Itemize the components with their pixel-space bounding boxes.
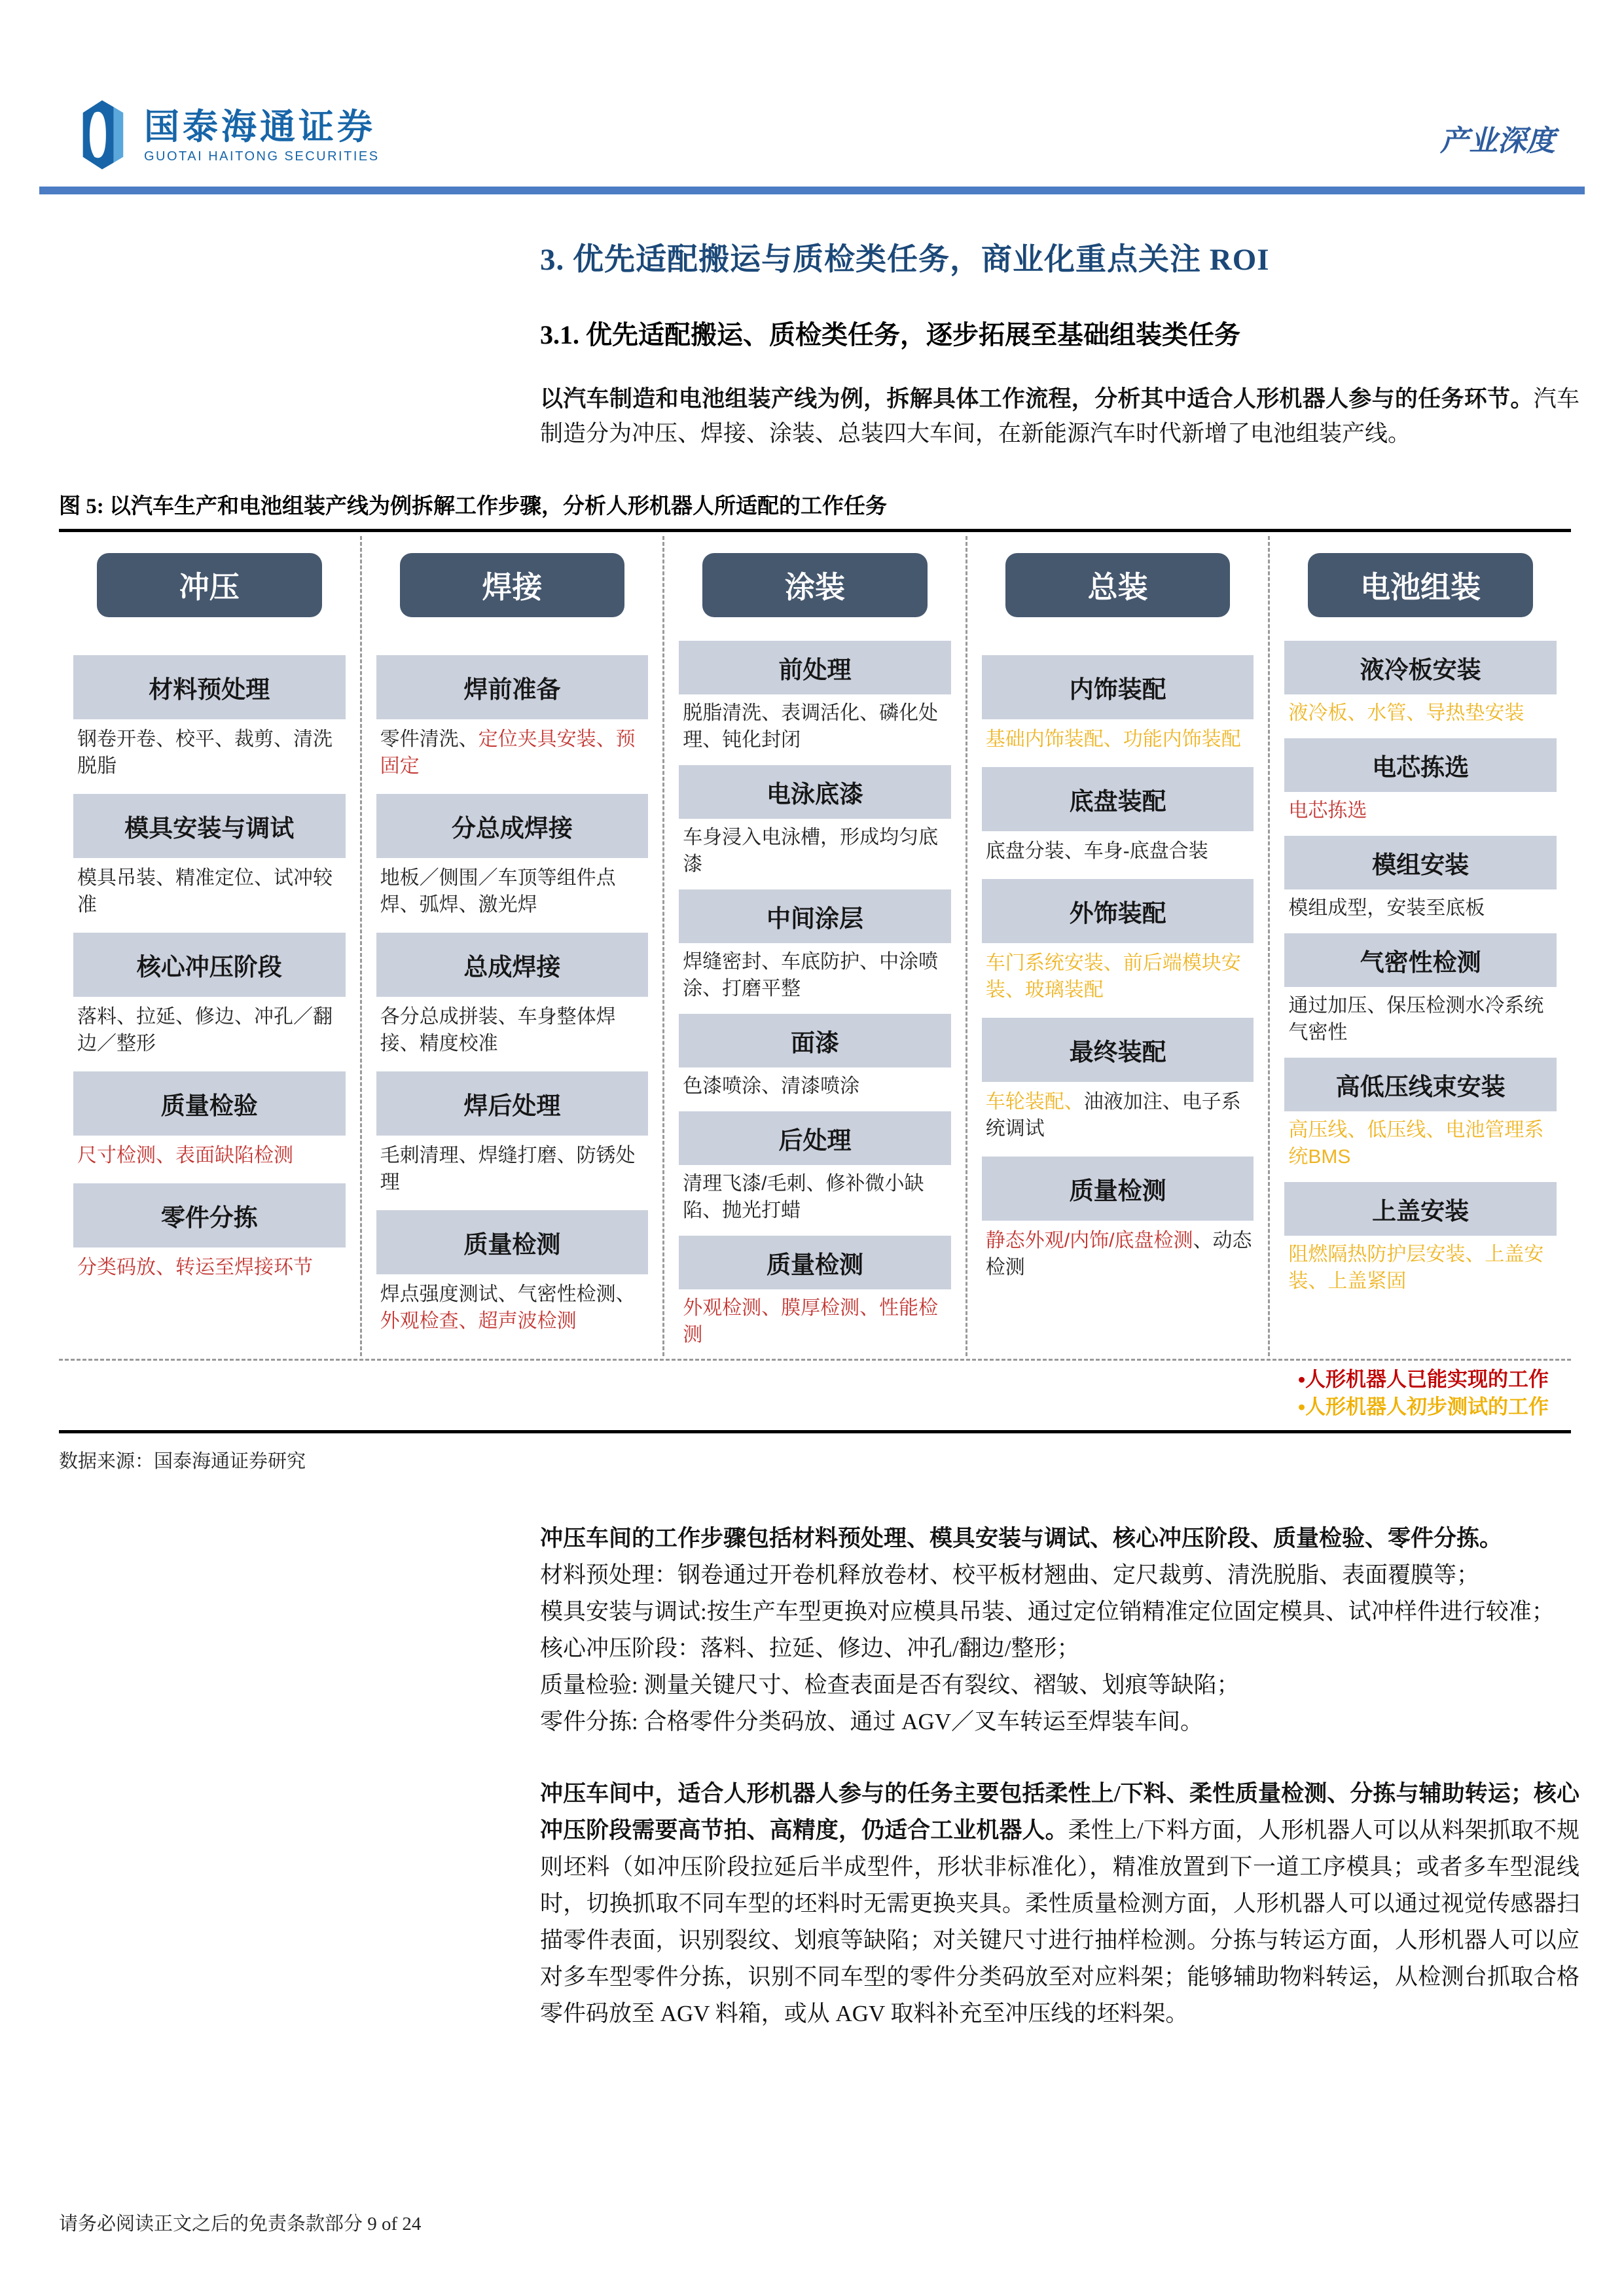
column-header: 电池组装 bbox=[1308, 553, 1533, 617]
description-segment: 钢卷开卷、校平、裁剪、清洗脱脂 bbox=[77, 728, 333, 777]
paragraph-1-item: 核心冲压阶段：落料、拉延、修边、冲孔/翻边/整形； bbox=[540, 1630, 1579, 1667]
section-description: 电芯拣选 bbox=[1284, 792, 1557, 832]
column-body: 液冷板安装液冷板、水管、导热垫安装电芯拣选电芯拣选模组安装模组成型，安装至底板气… bbox=[1284, 641, 1557, 1302]
section-description: 车身浸入电泳槽，形成均匀底漆 bbox=[679, 819, 951, 886]
description-segment: 模具吊装、精准定位、试冲较准 bbox=[77, 867, 333, 916]
section-description: 外观检测、膜厚检测、性能检测 bbox=[679, 1289, 951, 1356]
section-description: 分类码放、转运至焊接环节 bbox=[73, 1247, 346, 1291]
section-title-box: 面漆 bbox=[679, 1014, 951, 1067]
description-segment: 车身浸入电泳槽，形成均匀底漆 bbox=[683, 827, 938, 875]
brand-name-en: GUOTAI HAITONG SECURITIES bbox=[144, 149, 380, 164]
brand-name-cn: 国泰海通证券 bbox=[144, 109, 380, 146]
paragraph-1-item: 模具安装与调试:按生产车型更换对应模具吊装、通过定位销精准定位固定模具、试冲样件… bbox=[540, 1594, 1579, 1630]
column-header: 冲压 bbox=[97, 553, 322, 617]
section-title-box: 电芯拣选 bbox=[1284, 738, 1557, 792]
description-segment: 电芯拣选 bbox=[1288, 800, 1367, 821]
section-description: 焊缝密封、车底防护、中涂喷涂、打磨平整 bbox=[679, 943, 951, 1010]
description-segment: 阻燃隔热防护层安装、上盖安装、上盖紧固 bbox=[1288, 1244, 1543, 1292]
section-title-box: 焊前准备 bbox=[376, 655, 649, 719]
description-segment: 外观检查、超声波检测 bbox=[380, 1310, 577, 1332]
data-source: 数据来源：国泰海通证券研究 bbox=[59, 1446, 1624, 1473]
section-title-box: 质量检验 bbox=[73, 1071, 346, 1136]
section-description: 车轮装配、油液加注、电子系统调试 bbox=[982, 1082, 1254, 1153]
paragraph-1-item: 质量检验: 测量关键尺寸、检查表面是否有裂纹、褶皱、划痕等缺陷； bbox=[540, 1667, 1579, 1704]
description-segment: 落料、拉延、修边、冲孔／翻边／整形 bbox=[77, 1006, 333, 1054]
column-body: 内饰装配基础内饰装配、功能内饰装配底盘装配底盘分装、车身-底盘合装外饰装配车门系… bbox=[982, 655, 1254, 1291]
section-title-box: 液冷板安装 bbox=[1284, 641, 1557, 694]
figure-5-diagram: 冲压材料预处理钢卷开卷、校平、裁剪、清洗脱脂模具安装与调试模具吊装、精准定位、试… bbox=[59, 529, 1571, 1433]
description-segment: 地板／侧围／车顶等组件点焊、弧焊、激光焊 bbox=[380, 867, 616, 916]
figure-column-5: 电池组装液冷板安装液冷板、水管、导热垫安装电芯拣选电芯拣选模组安装模组成型，安装… bbox=[1270, 536, 1571, 1356]
brand: 国泰海通证券 GUOTAI HAITONG SECURITIES bbox=[73, 97, 380, 176]
description-segment: 车轮装配、 bbox=[986, 1091, 1084, 1113]
description-segment: 清理飞漆/毛刺、修补微小缺陷、抛光打蜡 bbox=[683, 1173, 924, 1221]
section-title-box: 高低压线束安装 bbox=[1284, 1058, 1557, 1111]
description-segment: 分类码放、转运至焊接环节 bbox=[77, 1257, 313, 1278]
figure-legend: •人形机器人已能实现的工作•人形机器人初步测试的工作 bbox=[59, 1366, 1571, 1430]
section-description: 各分总成拼装、车身整体焊接、精度校准 bbox=[376, 997, 649, 1067]
section-description: 模组成型，安装至底板 bbox=[1284, 889, 1557, 929]
page-footer: 请务必阅读正文之后的免责条款部分 9 of 24 bbox=[59, 2209, 421, 2236]
section-title-box: 中间涂层 bbox=[679, 889, 951, 943]
column-body: 材料预处理钢卷开卷、校平、裁剪、清洗脱脂模具安装与调试模具吊装、精准定位、试冲较… bbox=[73, 655, 346, 1291]
section-description: 毛刺清理、焊缝打磨、防锈处理 bbox=[376, 1136, 649, 1206]
section-title-box: 模具安装与调试 bbox=[73, 794, 346, 858]
legend-item: •人形机器人已能实现的工作 bbox=[59, 1366, 1549, 1393]
section-title-box: 电泳底漆 bbox=[679, 765, 951, 819]
section-title-box: 质量检测 bbox=[982, 1157, 1254, 1221]
figure-column-3: 涂装前处理脱脂清洗、表调活化、磷化处理、钝化封闭电泳底漆车身浸入电泳槽，形成均匀… bbox=[664, 536, 967, 1356]
section-title-box: 模组安装 bbox=[1284, 836, 1557, 889]
section-description: 液冷板、水管、导热垫安装 bbox=[1284, 694, 1557, 734]
footer-disclaimer: 请务必阅读正文之后的免责条款部分 bbox=[59, 2214, 363, 2234]
section-title-box: 后处理 bbox=[679, 1111, 951, 1165]
description-segment: 液冷板、水管、导热垫安装 bbox=[1288, 702, 1524, 724]
description-segment: 脱脂清洗、表调活化、磷化处理、钝化封闭 bbox=[683, 702, 938, 751]
column-header: 焊接 bbox=[400, 553, 625, 617]
paragraph-1-lead: 冲压车间的工作步骤包括材料预处理、模具安装与调试、核心冲压阶段、质量检验、零件分… bbox=[540, 1520, 1579, 1557]
paragraph-1-item: 材料预处理：钢卷通过开卷机释放卷材、校平板材翘曲、定尺裁剪、清洗脱脂、表面覆膜等… bbox=[540, 1557, 1579, 1594]
description-segment: 静态外观/内饰/底盘检测 bbox=[986, 1230, 1193, 1251]
description-segment: 车门系统安装、前后端模块安装、玻璃装配 bbox=[986, 952, 1241, 1001]
figure-column-4: 总装内饰装配基础内饰装配、功能内饰装配底盘装配底盘分装、车身-底盘合装外饰装配车… bbox=[967, 536, 1271, 1356]
section-title-box: 底盘装配 bbox=[982, 767, 1254, 831]
legend-item: •人形机器人初步测试的工作 bbox=[59, 1393, 1549, 1421]
column-body: 前处理脱脂清洗、表调活化、磷化处理、钝化封闭电泳底漆车身浸入电泳槽，形成均匀底漆… bbox=[679, 641, 951, 1356]
section-description: 地板／侧围／车顶等组件点焊、弧焊、激光焊 bbox=[376, 858, 649, 929]
description-segment: 尺寸检测、表面缺陷检测 bbox=[77, 1145, 293, 1166]
legend-separator bbox=[59, 1359, 1571, 1361]
figure-column-2: 焊接焊前准备零件清洗、定位夹具安装、预固定分总成焊接地板／侧围／车顶等组件点焊、… bbox=[362, 536, 665, 1356]
process-columns: 冲压材料预处理钢卷开卷、校平、裁剪、清洗脱脂模具安装与调试模具吊装、精准定位、试… bbox=[59, 532, 1571, 1356]
section-description: 基础内饰装配、功能内饰装配 bbox=[982, 719, 1254, 763]
body-text: 冲压车间的工作步骤包括材料预处理、模具安装与调试、核心冲压阶段、质量检验、零件分… bbox=[540, 1520, 1579, 2032]
description-segment: 基础内饰装配、功能内饰装配 bbox=[986, 728, 1241, 750]
section-description: 静态外观/内饰/底盘检测、动态检测 bbox=[982, 1221, 1254, 1291]
section-title-box: 核心冲压阶段 bbox=[73, 933, 346, 997]
description-segment: 色漆喷涂、清漆喷涂 bbox=[683, 1075, 859, 1097]
paragraph-1-item: 零件分拣: 合格零件分类码放、通过 AGV／叉车转运至焊装车间。 bbox=[540, 1704, 1579, 1740]
description-segment: 外观检测、膜厚检测、性能检测 bbox=[683, 1297, 938, 1346]
section-title-box: 质量检测 bbox=[376, 1210, 649, 1274]
description-segment: 高压线、低压线、电池管理系统BMS bbox=[1288, 1119, 1543, 1168]
section-description: 色漆喷涂、清漆喷涂 bbox=[679, 1067, 951, 1107]
description-segment: 焊点强度测试、气密性检测、 bbox=[380, 1283, 636, 1305]
section-description: 模具吊装、精准定位、试冲较准 bbox=[73, 858, 346, 929]
section-description: 车门系统安装、前后端模块安装、玻璃装配 bbox=[982, 943, 1254, 1014]
footer-page-number: 9 of 24 bbox=[367, 2214, 421, 2234]
section-description: 零件清洗、定位夹具安装、预固定 bbox=[376, 719, 649, 790]
paragraph-gap bbox=[540, 1740, 1579, 1776]
section-description: 脱脂清洗、表调活化、磷化处理、钝化封闭 bbox=[679, 694, 951, 761]
section-title: 3. 优先适配搬运与质检类任务，商业化重点关注 ROI bbox=[540, 235, 1578, 279]
figure-caption: 图 5: 以汽车生产和电池组装产线为例拆解工作步骤，分析人形机器人所适配的工作任… bbox=[59, 489, 1571, 529]
description-segment: 毛刺清理、焊缝打磨、防锈处理 bbox=[380, 1145, 636, 1193]
section-title-box: 总成焊接 bbox=[376, 933, 649, 997]
section-title-box: 气密性检测 bbox=[1284, 933, 1557, 987]
section-title-box: 质量检测 bbox=[679, 1236, 951, 1289]
figure-column-1: 冲压材料预处理钢卷开卷、校平、裁剪、清洗脱脂模具安装与调试模具吊装、精准定位、试… bbox=[59, 536, 362, 1356]
paragraph-1-bold: 冲压车间的工作步骤包括材料预处理、模具安装与调试、核心冲压阶段、质量检验、零件分… bbox=[540, 1526, 1502, 1551]
section-description: 高压线、低压线、电池管理系统BMS bbox=[1284, 1111, 1557, 1178]
section-title-box: 内饰装配 bbox=[982, 655, 1254, 719]
paragraph-2-regular: 柔性上/下料方面，人形机器人可以从料架抓取不规则坯料（如冲压阶段拉延后半成型件，… bbox=[540, 1818, 1579, 2026]
subsection-title: 3.1. 优先适配搬运、质检类任务，逐步拓展至基础组装类任务 bbox=[540, 314, 1578, 351]
section-title-box: 焊后处理 bbox=[376, 1071, 649, 1136]
section-title-box: 上盖安装 bbox=[1284, 1182, 1557, 1236]
section-description: 清理飞漆/毛刺、修补微小缺陷、抛光打蜡 bbox=[679, 1165, 951, 1232]
column-body: 焊前准备零件清洗、定位夹具安装、预固定分总成焊接地板／侧围／车顶等组件点焊、弧焊… bbox=[376, 655, 649, 1345]
brand-text: 国泰海通证券 GUOTAI HAITONG SECURITIES bbox=[144, 109, 380, 165]
description-segment: 焊缝密封、车底防护、中涂喷涂、打磨平整 bbox=[683, 951, 938, 999]
intro-paragraph: 以汽车制造和电池组装产线为例，拆解具体工作流程，分析其中适合人形机器人参与的任务… bbox=[540, 382, 1579, 451]
description-segment: 模组成型，安装至底板 bbox=[1288, 897, 1485, 919]
description-segment: 各分总成拼装、车身整体焊接、精度校准 bbox=[380, 1006, 616, 1054]
section-title-box: 外饰装配 bbox=[982, 879, 1254, 943]
header-rule bbox=[39, 187, 1585, 194]
section-description: 尺寸检测、表面缺陷检测 bbox=[73, 1136, 346, 1179]
report-page: 国泰海通证券 GUOTAI HAITONG SECURITIES 产业深度 3.… bbox=[0, 0, 1624, 2296]
section-title-box: 零件分拣 bbox=[73, 1183, 346, 1247]
description-segment: 通过加压、保压检测水冷系统气密性 bbox=[1288, 995, 1543, 1043]
description-segment: 底盘分装、车身-底盘合装 bbox=[986, 840, 1208, 862]
section-description: 通过加压、保压检测水冷系统气密性 bbox=[1284, 987, 1557, 1054]
section-description: 底盘分装、车身-底盘合装 bbox=[982, 831, 1254, 875]
page-header: 国泰海通证券 GUOTAI HAITONG SECURITIES 产业深度 bbox=[73, 97, 1555, 176]
description-segment: 零件清洗、 bbox=[380, 728, 478, 750]
intro-bold: 以汽车制造和电池组装产线为例，拆解具体工作流程，分析其中适合人形机器人参与的任务… bbox=[540, 386, 1534, 412]
section-title-box: 最终装配 bbox=[982, 1018, 1254, 1082]
section-description: 阻燃隔热防护层安装、上盖安装、上盖紧固 bbox=[1284, 1236, 1557, 1302]
column-header: 总装 bbox=[1005, 553, 1231, 617]
section-title-box: 前处理 bbox=[679, 641, 951, 694]
section-description: 钢卷开卷、校平、裁剪、清洗脱脂 bbox=[73, 719, 346, 790]
section-description: 焊点强度测试、气密性检测、外观检查、超声波检测 bbox=[376, 1274, 649, 1345]
section-description: 落料、拉延、修边、冲孔／翻边／整形 bbox=[73, 997, 346, 1067]
section-title-box: 材料预处理 bbox=[73, 655, 346, 719]
section-title-box: 分总成焊接 bbox=[376, 794, 649, 858]
brand-logo-icon bbox=[73, 97, 131, 176]
column-header: 涂装 bbox=[702, 553, 928, 617]
paragraph-2: 冲压车间中，适合人形机器人参与的任务主要包括柔性上/下料、柔性质量检测、分拣与辅… bbox=[540, 1776, 1579, 2032]
report-type-label: 产业深度 bbox=[1440, 117, 1555, 176]
